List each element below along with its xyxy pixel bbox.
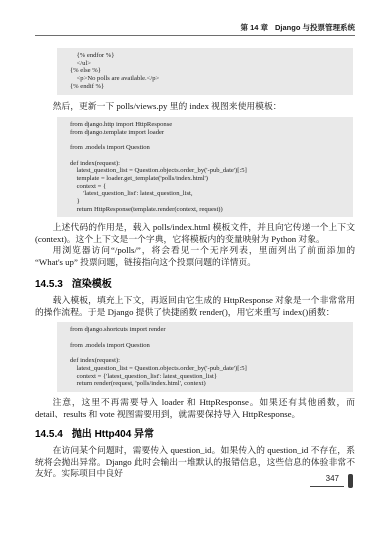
code-block-render-view: from django.shortcuts import render from… [57, 322, 353, 392]
paragraph-question-id: 在访问某个问题时，需要传入 question_id。如果传入的 question… [35, 445, 355, 480]
paragraph-code-explain: 上述代码的作用是，载入 polls/index.html 模板文件，并且向它传递… [35, 222, 355, 245]
section-number: 14.5.3 [35, 278, 63, 291]
code-block-template-endfor: {% endfor %} </ul> {% else %} <p>No poll… [57, 48, 353, 95]
chapter-title: Django 与投票管理系统 [275, 22, 355, 34]
chapter-number: 第 14 章 [240, 22, 268, 34]
book-page: 第 14 章 Django 与投票管理系统 {% endfor %} </ul>… [0, 0, 390, 480]
running-header: 第 14 章 Django 与投票管理系统 [35, 22, 355, 36]
page-number: 347 [310, 474, 344, 487]
section-title: 渲染模板 [72, 278, 112, 291]
code-block-loader-view: from django.http import HttpResponse fro… [57, 117, 353, 217]
section-heading-render-template: 14.5.3 渲染模板 [35, 278, 355, 291]
paragraph-render-shortcut: 载入模板，填充上下文，再返回由它生成的 HttpResponse 对象是一个非常… [35, 295, 355, 318]
page-edge-tab-icon [348, 474, 353, 488]
paragraph-update-views: 然后，更新一下 polls/views.py 里的 index 视图来使用模板： [35, 101, 355, 113]
section-heading-http404: 14.5.4 抛出 Http404 异常 [35, 428, 355, 441]
paragraph-import-note: 注意，这里不再需要导入 loader 和 HttpResponse。如果还有其他… [35, 397, 355, 420]
section-number: 14.5.4 [35, 428, 63, 441]
paragraph-browser-visit: 用浏览器访问“/polls/”，将会看见一个无序列表，里面列出了前面添加的 “W… [35, 245, 355, 268]
section-title: 抛出 Http404 异常 [72, 428, 154, 441]
